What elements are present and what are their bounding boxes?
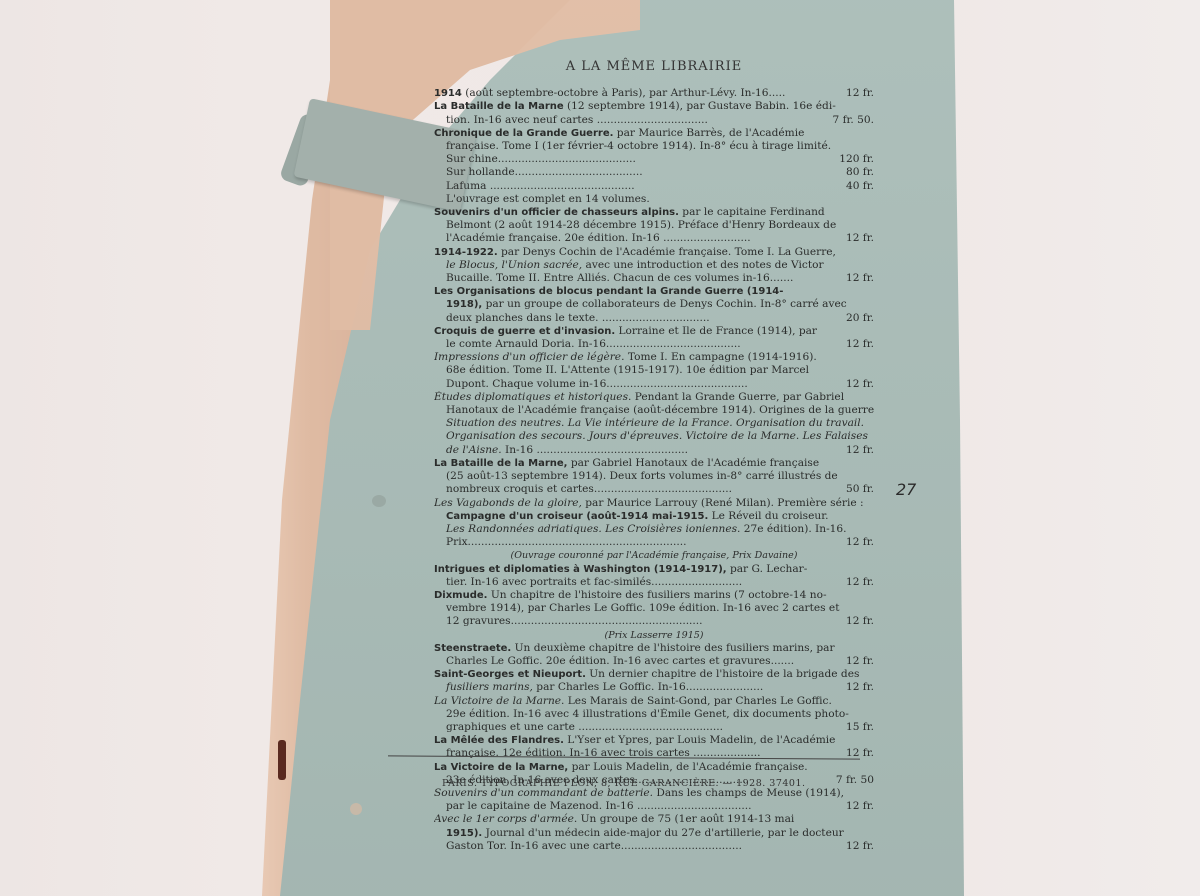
price: 12 fr. bbox=[846, 378, 874, 391]
catalog-line: Les Organisations de blocus pendant la G… bbox=[434, 285, 874, 298]
catalog-line: Situation des neutres. La Vie intérieure… bbox=[434, 417, 874, 430]
line-text: par Denys Cochin de l'Académie française… bbox=[498, 246, 836, 258]
book-title: Steenstraete. bbox=[434, 643, 511, 654]
italic-text: Les Randonnées adriatiques. Les Croisièr… bbox=[446, 523, 740, 535]
book-title: La Mêlée des Flandres. bbox=[434, 735, 564, 746]
catalog-line: 12 fr.fusiliers marins, par Charles Le G… bbox=[434, 681, 874, 694]
line-text: Un chapitre de l'histoire des fusiliers … bbox=[487, 589, 826, 601]
price: 7 fr. 50. bbox=[832, 114, 874, 127]
italic-text: La Victoire de la Marne. bbox=[434, 695, 564, 707]
line-text: par Louis Madelin, de l'Académie françai… bbox=[568, 761, 807, 773]
handwritten-note: 27 bbox=[896, 480, 916, 499]
catalog-line: La Bataille de la Marne (12 septembre 19… bbox=[434, 100, 874, 113]
catalog-line: 1918), par un groupe de collaborateurs d… bbox=[434, 298, 874, 311]
book-title: La Victoire de la Marne, bbox=[434, 762, 568, 773]
catalog-line: 12 fr.par le capitaine de Mazenod. In-16… bbox=[434, 800, 874, 813]
catalog-line: 12 fr.Bucaille. Tome II. Entre Alliés. C… bbox=[434, 272, 874, 285]
book-title: 1914-1922. bbox=[434, 247, 498, 258]
book-title: Souvenirs d'un officier de chasseurs alp… bbox=[434, 207, 679, 218]
catalog-line: 12 fr.Gaston Tor. In-16 avec une carte..… bbox=[434, 840, 874, 853]
line-text: 12 gravures.............................… bbox=[446, 615, 703, 627]
catalog-line: 12 fr.Charles Le Goffic. 20e édition. In… bbox=[434, 655, 874, 668]
stain bbox=[350, 803, 362, 815]
price: 12 fr. bbox=[846, 536, 874, 549]
line-text: 29e édition. In-16 avec 4 illustrations … bbox=[446, 708, 849, 720]
catalog-line: Croquis de guerre et d'invasion. Lorrain… bbox=[434, 325, 874, 338]
catalog-line: Études diplomatiques et historiques. Pen… bbox=[434, 391, 874, 404]
italic-text: fusiliers marins, bbox=[446, 681, 533, 693]
line-text: Sur hollande............................… bbox=[446, 166, 643, 178]
catalog-line: 68e édition. Tome II. L'Attente (1915-19… bbox=[434, 364, 874, 377]
catalog-line: 12 fr.le comte Arnauld Doria. In-16.....… bbox=[434, 338, 874, 351]
catalog-line: Les Randonnées adriatiques. Les Croisièr… bbox=[434, 523, 874, 536]
line-text: Pendant la Grande Guerre, par Gabriel bbox=[631, 391, 844, 403]
catalog-line: Saint-Georges et Nieuport. Un dernier ch… bbox=[434, 668, 874, 681]
line-text: par le capitaine de Mazenod. In-16 .....… bbox=[446, 800, 751, 812]
catalog-line: 1914-1922. par Denys Cochin de l'Académi… bbox=[434, 246, 874, 259]
line-text: Un dernier chapitre de l'histoire de la … bbox=[586, 668, 860, 680]
line-text: par Maurice Larrouy (René Milan). Premiè… bbox=[582, 497, 864, 509]
catalog-line: Impressions d'un officier de légère. Tom… bbox=[434, 351, 874, 364]
price: 20 fr. bbox=[846, 312, 874, 325]
catalog-line: 15 fr.graphiques et une carte ..........… bbox=[434, 721, 874, 734]
catalog-line: 1915). Journal d'un médecin aide-major d… bbox=[434, 827, 874, 840]
book-title: Dixmude. bbox=[434, 590, 487, 601]
line-text: Un groupe de 75 (1er août 1914-13 mai bbox=[577, 813, 794, 825]
catalog-line: 80 fr. Sur hollande.....................… bbox=[434, 166, 874, 179]
line-text: Belmont (2 août 1914-28 décembre 1915). … bbox=[446, 219, 836, 231]
price: 12 fr. bbox=[846, 444, 874, 457]
price: 7 fr. 50 bbox=[836, 774, 874, 787]
price: 120 fr. bbox=[839, 153, 874, 166]
book-title: Croquis de guerre et d'invasion. bbox=[434, 326, 615, 337]
catalog-line: 12 fr.Prix..............................… bbox=[434, 536, 874, 549]
line-text: (Ouvrage couronné par l'Académie françai… bbox=[511, 550, 798, 561]
catalog-line: Intrigues et diplomaties à Washington (1… bbox=[434, 563, 874, 576]
price: 40 fr. bbox=[846, 180, 874, 193]
line-text: Prix....................................… bbox=[446, 536, 686, 548]
line-text: par G. Lechar- bbox=[727, 563, 808, 575]
book-title: 1918), bbox=[446, 299, 482, 310]
catalog-line: 7 fr. 50.tion. In-16 avec neuf cartes ..… bbox=[434, 114, 874, 127]
line-text: par Charles Le Goffic. In-16............… bbox=[533, 681, 763, 693]
line-text: le comte Arnauld Doria. In-16...........… bbox=[446, 338, 741, 350]
catalog-line: 12 fr.de l'Aisne. In-16 ................… bbox=[434, 444, 874, 457]
price: 12 fr. bbox=[846, 232, 874, 245]
line-text: deux planches dans le texte. ...........… bbox=[446, 312, 710, 324]
italic-text: Études diplomatiques et historiques. bbox=[434, 391, 631, 403]
book-title: Les Organisations de blocus pendant la G… bbox=[434, 286, 783, 297]
line-text: Lafuma .................................… bbox=[446, 180, 635, 192]
catalog-line: Chronique de la Grande Guerre. par Mauri… bbox=[434, 127, 874, 140]
catalog-line: (25 août-13 septembre 1914). Deux forts … bbox=[434, 470, 874, 483]
catalog-line: 120 fr. Sur chine.......................… bbox=[434, 153, 874, 166]
catalog-line: Avec le 1er corps d'armée. Un groupe de … bbox=[434, 813, 874, 826]
line-text: (août septembre-octobre à Paris), par Ar… bbox=[462, 87, 786, 99]
catalog-line: Steenstraete. Un deuxième chapitre de l'… bbox=[434, 642, 874, 655]
italic-text: Avec le 1er corps d'armée. bbox=[434, 813, 577, 825]
price: 50 fr. bbox=[846, 483, 874, 496]
book-title: La Bataille de la Marne bbox=[434, 101, 564, 112]
italic-text: le Blocus, l'Union sacrée, bbox=[446, 259, 582, 271]
catalog-line: 12 fr.tier. In-16 avec portraits et fac-… bbox=[434, 576, 874, 589]
line-text: Gaston Tor. In-16 avec une carte........… bbox=[446, 840, 742, 852]
line-text: française. Tome I (1er février-4 octobre… bbox=[446, 140, 831, 152]
price: 12 fr. bbox=[846, 338, 874, 351]
stain bbox=[372, 495, 386, 507]
line-text: par Maurice Barrès, de l'Académie bbox=[613, 127, 804, 139]
line-text: avec une introduction et des notes de Vi… bbox=[582, 259, 823, 271]
line-text: Journal d'un médecin aide-major du 27e d… bbox=[482, 827, 844, 839]
line-text: graphiques et une carte ................… bbox=[446, 721, 723, 733]
catalog-line: La Bataille de la Marne, par Gabriel Han… bbox=[434, 457, 874, 470]
catalog-line: française. Tome I (1er février-4 octobre… bbox=[434, 140, 874, 153]
italic-text: Impressions d'un officier de légère. bbox=[434, 351, 624, 363]
line-text: L'Yser et Ypres, par Louis Madelin, de l… bbox=[564, 734, 836, 746]
catalog-line: 29e édition. In-16 avec 4 illustrations … bbox=[434, 708, 874, 721]
line-text: In-16 ..................................… bbox=[502, 444, 688, 456]
catalog-line: La Mêlée des Flandres. L'Yser et Ypres, … bbox=[434, 734, 874, 747]
catalog-line: 12 fr.12 gravures.......................… bbox=[434, 615, 874, 628]
book-title: Intrigues et diplomaties à Washington (1… bbox=[434, 564, 727, 575]
line-text: Hanotaux de l'Académie française (août-d… bbox=[446, 404, 874, 416]
catalog-line: La Victoire de la Marne. Les Marais de S… bbox=[434, 695, 874, 708]
catalog-line: (Ouvrage couronné par l'Académie françai… bbox=[434, 549, 874, 562]
price: 12 fr. bbox=[846, 840, 874, 853]
catalog-line: 12 fr.1914 (août septembre-octobre à Par… bbox=[434, 87, 874, 100]
book-title: Saint-Georges et Nieuport. bbox=[434, 669, 586, 680]
catalog-line: Souvenirs d'un officier de chasseurs alp… bbox=[434, 206, 874, 219]
catalog-line: L'ouvrage est complet en 14 volumes. bbox=[434, 193, 874, 206]
catalog-line: 12 fr.l'Académie française. 20e édition.… bbox=[434, 232, 874, 245]
italic-text: Situation des neutres. La Vie intérieure… bbox=[446, 417, 864, 429]
line-text: Sur chine...............................… bbox=[446, 153, 636, 165]
line-text: tion. In-16 avec neuf cartes ...........… bbox=[446, 114, 708, 126]
catalog-line: 40 fr. Lafuma ..........................… bbox=[434, 180, 874, 193]
line-text: Le Réveil du croiseur. bbox=[708, 510, 828, 522]
line-text: Tome I. En campagne (1914-1916). bbox=[624, 351, 816, 363]
price: 12 fr. bbox=[846, 800, 874, 813]
italic-text: Les Vagabonds de la gloire, bbox=[434, 497, 582, 509]
line-text: Les Marais de Saint-Gond, par Charles Le… bbox=[564, 695, 831, 707]
catalog-line: Hanotaux de l'Académie française (août-d… bbox=[434, 404, 874, 417]
price: 12 fr. bbox=[846, 681, 874, 694]
line-text: 27e édition). In-16. bbox=[740, 523, 846, 535]
line-text: l'Académie française. 20e édition. In-16… bbox=[446, 232, 751, 244]
stain bbox=[278, 740, 286, 780]
line-text: vembre 1914), par Charles Le Goffic. 109… bbox=[446, 602, 839, 614]
book-title: 1914 bbox=[434, 88, 462, 99]
catalog-line: Les Vagabonds de la gloire, par Maurice … bbox=[434, 497, 874, 510]
catalog-line: 20 fr.deux planches dans le texte. .....… bbox=[434, 312, 874, 325]
catalog-line: vembre 1914), par Charles Le Goffic. 109… bbox=[434, 602, 874, 615]
catalog-line: le Blocus, l'Union sacrée, avec une intr… bbox=[434, 259, 874, 272]
book-title: Chronique de la Grande Guerre. bbox=[434, 128, 613, 139]
catalog-line: Belmont (2 août 1914-28 décembre 1915). … bbox=[434, 219, 874, 232]
book-title: La Bataille de la Marne, bbox=[434, 458, 567, 469]
line-text: (25 août-13 septembre 1914). Deux forts … bbox=[446, 470, 838, 482]
line-text: 68e édition. Tome II. L'Attente (1915-19… bbox=[446, 364, 809, 376]
printer-imprint: PARIS. TYPOGRAPHIE PLON, 8, RUE GARANCIÈ… bbox=[442, 778, 806, 789]
page-header: A LA MÊME LIBRAIRIE bbox=[434, 60, 874, 73]
price: 12 fr. bbox=[846, 655, 874, 668]
price: 12 fr. bbox=[846, 272, 874, 285]
price: 80 fr. bbox=[846, 166, 874, 179]
italic-text: Organisation des secours. Jours d'épreuv… bbox=[446, 430, 868, 442]
catalog-line: Organisation des secours. Jours d'épreuv… bbox=[434, 430, 874, 443]
catalog-line: Campagne d'un croiseur (août-1914 mai-19… bbox=[434, 510, 874, 523]
catalog-line: La Victoire de la Marne, par Louis Madel… bbox=[434, 761, 874, 774]
line-text: par le capitaine Ferdinand bbox=[679, 206, 825, 218]
catalog-line: 50 fr.nombreux croquis et cartes........… bbox=[434, 483, 874, 496]
catalog-line: Dixmude. Un chapitre de l'histoire des f… bbox=[434, 589, 874, 602]
line-text: (12 septembre 1914), par Gustave Babin. … bbox=[564, 100, 836, 112]
line-text: par Gabriel Hanotaux de l'Académie franç… bbox=[567, 457, 819, 469]
catalog-list: 12 fr.1914 (août septembre-octobre à Par… bbox=[434, 87, 874, 853]
line-text: Un deuxième chapitre de l'histoire des f… bbox=[511, 642, 834, 654]
line-text: tier. In-16 avec portraits et fac-similé… bbox=[446, 576, 742, 588]
line-text: Bucaille. Tome II. Entre Alliés. Chacun … bbox=[446, 272, 793, 284]
line-text: par un groupe de collaborateurs de Denys… bbox=[482, 298, 846, 310]
book-title: 1915). bbox=[446, 828, 482, 839]
price: 12 fr. bbox=[846, 615, 874, 628]
line-text: Charles Le Goffic. 20e édition. In-16 av… bbox=[446, 655, 794, 667]
line-text: Lorraine et Ile de France (1914), par bbox=[615, 325, 817, 337]
line-text: (Prix Lasserre 1915) bbox=[604, 630, 703, 641]
book-title: Campagne d'un croiseur (août-1914 mai-19… bbox=[446, 511, 708, 522]
line-text: Dupont. Chaque volume in-16.............… bbox=[446, 378, 748, 390]
price: 12 fr. bbox=[846, 576, 874, 589]
catalog-page: A LA MÊME LIBRAIRIE 12 fr.1914 (août sep… bbox=[434, 60, 874, 853]
price: 12 fr. bbox=[846, 87, 874, 100]
italic-text: de l'Aisne. bbox=[446, 444, 502, 456]
catalog-line: (Prix Lasserre 1915) bbox=[434, 629, 874, 642]
price: 15 fr. bbox=[846, 721, 874, 734]
line-text: nombreux croquis et cartes..............… bbox=[446, 483, 732, 495]
catalog-line: 12 fr.Dupont. Chaque volume in-16.......… bbox=[434, 378, 874, 391]
line-text: L'ouvrage est complet en 14 volumes. bbox=[446, 193, 650, 205]
